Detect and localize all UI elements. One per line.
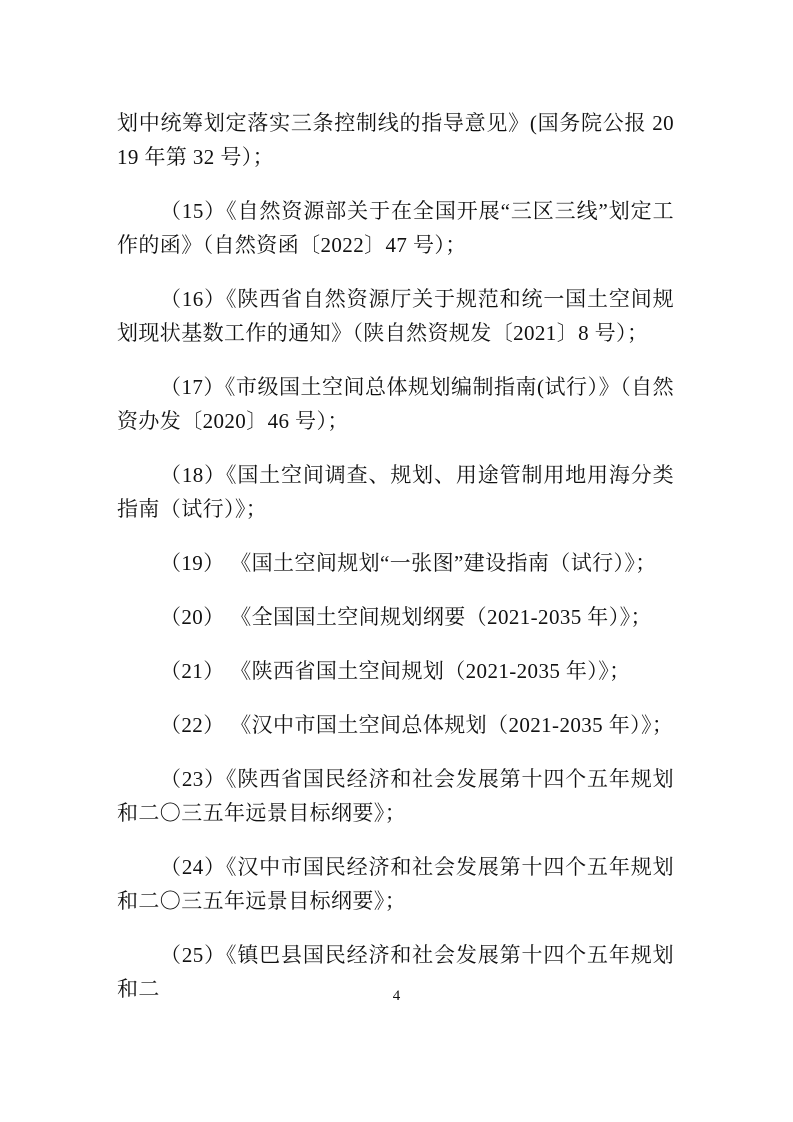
reference-item-20: （20） 《全国国土空间规划纲要（2021-2035 年）》；: [117, 600, 674, 634]
paragraph-continuation: 划中统筹划定落实三条控制线的指导意见》(国务院公报 2019 年第 32 号）；: [117, 106, 674, 174]
reference-item-22: （22） 《汉中市国土空间总体规划（2021-2035 年）》；: [117, 708, 674, 742]
reference-item-17: （17）《市级国土空间总体规划编制指南(试行）》（自然资办发〔2020〕46 号…: [117, 370, 674, 438]
reference-item-16: （16）《陕西省自然资源厅关于规范和统一国土空间规划现状基数工作的通知》（陕自然…: [117, 282, 674, 350]
reference-item-15: （15）《自然资源部关于在全国开展“三区三线”划定工作的函》（自然资函〔2022…: [117, 194, 674, 262]
reference-item-23: （23）《陕西省国民经济和社会发展第十四个五年规划和二〇三五年远景目标纲要》；: [117, 762, 674, 830]
page-body: 划中统筹划定落实三条控制线的指导意见》(国务院公报 2019 年第 32 号）；…: [117, 106, 674, 1026]
page-number: 4: [0, 987, 793, 1005]
reference-item-24: （24）《汉中市国民经济和社会发展第十四个五年规划和二〇三五年远景目标纲要》；: [117, 850, 674, 918]
reference-item-19: （19） 《国土空间规划“一张图”建设指南（试行）》；: [117, 546, 674, 580]
document-page: 划中统筹划定落实三条控制线的指导意见》(国务院公报 2019 年第 32 号）；…: [0, 0, 793, 1122]
reference-item-21: （21） 《陕西省国土空间规划（2021-2035 年）》；: [117, 654, 674, 688]
reference-item-18: （18）《国土空间调查、规划、用途管制用地用海分类指南（试行）》；: [117, 458, 674, 526]
